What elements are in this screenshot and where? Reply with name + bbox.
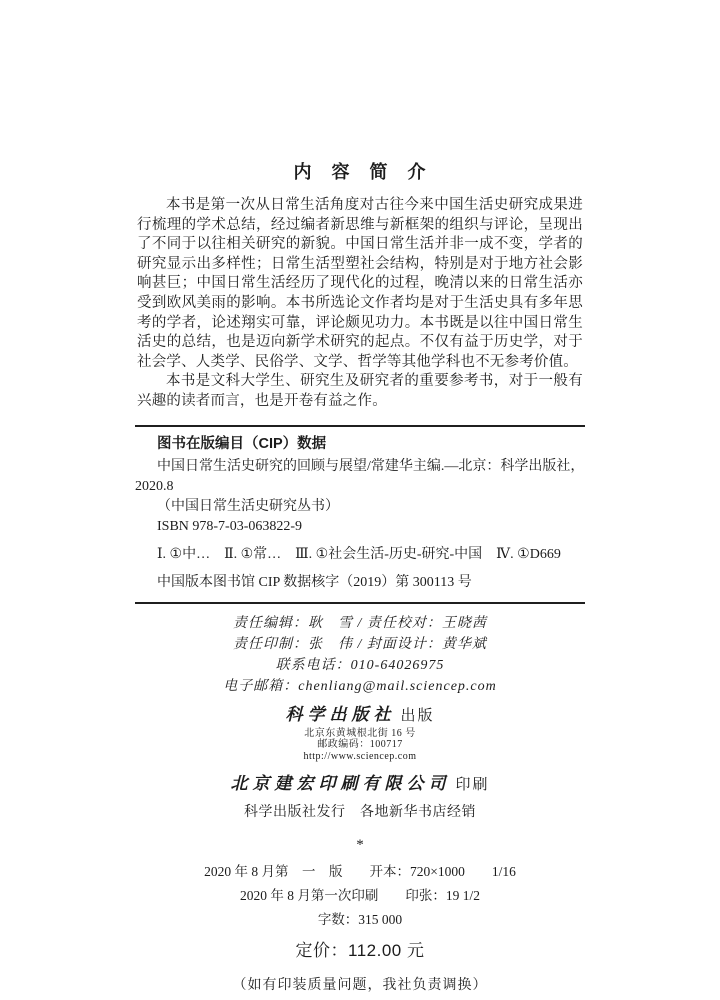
colophon-section: 责任编辑：耿 雪 / 责任校对：王晓茜 责任印制：张 伟 / 封面设计：黄华斌 … (0, 613, 720, 995)
distribution-line: 科学出版社发行 各地新华书店经销 (0, 801, 720, 821)
edition-line: 2020 年 8 月第 一 版 开本：720×1000 1/16 (0, 860, 720, 884)
quality-notice-line: （如有印装质量问题，我社负责调换） (0, 974, 720, 994)
copyright-page: 内 容 简 介 本书是第一次从日常生活角度对古往今来中国生活史研究成果进行梳理的… (0, 0, 720, 1000)
cip-series-line: （中国日常生活史研究丛书） (135, 497, 585, 517)
printing-line: 2020 年 8 月第一次印刷 印张：19 1/2 (0, 884, 720, 908)
editors-line-2: 责任印制：张 伟 / 封面设计：黄华斌 (0, 634, 720, 655)
cip-registry-line: 中国版本图书馆 CIP 数据核字（2019）第 300113 号 (135, 573, 585, 593)
cip-classification-line: Ⅰ. ①中… Ⅱ. ①常… Ⅲ. ①社会生活-历史-研究-中国 Ⅳ. ①D669 (135, 545, 585, 565)
printer-calligraphy: 北京建宏印刷有限公司 (230, 774, 450, 793)
wordcount-line: 字数：315 000 (0, 908, 720, 932)
price-line: 定价：112.00 元 (0, 936, 720, 961)
publisher-suffix: 出版 (400, 708, 434, 724)
publisher-postcode: 邮政编码：100717 (0, 739, 720, 751)
intro-paragraph-1: 本书是第一次从日常生活角度对古往今来中国生活史研究成果进行梳理的学术总结，经过编… (137, 196, 583, 372)
contact-phone-line: 联系电话：010-64026975 (0, 655, 720, 676)
cip-title-line: 中国日常生活史研究的回顾与展望/常建华主编.—北京：科学出版社， (135, 457, 585, 477)
cip-data-box: 图书在版编目（CIP）数据 中国日常生活史研究的回顾与展望/常建华主编.—北京：… (135, 425, 585, 604)
content-intro-title: 内 容 简 介 (137, 158, 583, 184)
intro-paragraph-2: 本书是文科大学生、研究生及研究者的重要参考书，对于一般有兴趣的读者而言，也是开卷… (137, 372, 583, 411)
cip-isbn-line: ISBN 978-7-03-063822-9 (135, 517, 585, 537)
printer-suffix: 印刷 (455, 777, 489, 793)
publisher-calligraphy: 科学出版社 (285, 705, 395, 724)
cip-heading: 图书在版编目（CIP）数据 (135, 434, 585, 454)
section-separator-asterisk: * (0, 838, 720, 852)
publisher-website: http://www.sciencep.com (0, 751, 720, 763)
publisher-address: 北京东黄城根北街 16 号 (0, 728, 720, 740)
printer-line: 北京建宏印刷有限公司印刷 (0, 769, 720, 794)
cip-year-line: 2020.8 (135, 477, 585, 497)
edition-block: 2020 年 8 月第 一 版 开本：720×1000 1/16 2020 年 … (0, 860, 720, 932)
content-intro-section: 内 容 简 介 本书是第一次从日常生活角度对古往今来中国生活史研究成果进行梳理的… (137, 158, 583, 412)
contact-email-line: 电子邮箱：chenliang@mail.sciencep.com (0, 676, 720, 697)
publisher-line: 科学出版社出版 (0, 700, 720, 725)
editors-line-1: 责任编辑：耿 雪 / 责任校对：王晓茜 (0, 613, 720, 634)
